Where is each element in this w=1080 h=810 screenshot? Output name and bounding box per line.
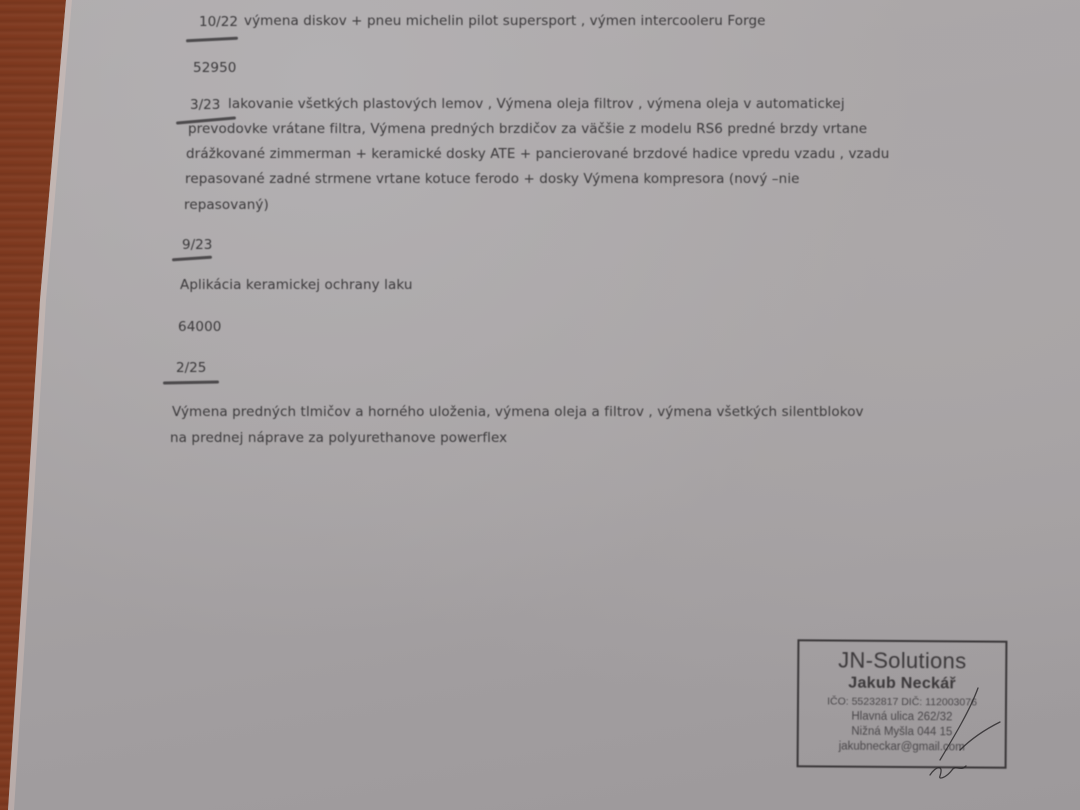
stamp-tax-ids: IČO: 55232817 DIČ: 112003076	[799, 694, 1005, 710]
entry-mileage: 52950	[193, 60, 236, 76]
stamp-address-street: Hlavná ulica 262/32	[799, 709, 1005, 725]
entry-description: repasovaný)	[184, 197, 269, 213]
entry-date: 3/23	[190, 97, 220, 113]
entry-description: repasované zadné strmene vrtane kotuce f…	[185, 171, 800, 187]
date-underline	[186, 37, 238, 43]
entry-description: prevodovke vrátane filtra, Výmena predný…	[188, 121, 867, 137]
stamp-person-name: Jakub Neckář	[799, 674, 1005, 693]
entry-date: 10/22	[199, 14, 238, 30]
company-stamp: JN-Solutions Jakub Neckář IČO: 55232817 …	[797, 639, 1008, 768]
entry-description: lakovanie všetkých plastových lemov , Vý…	[228, 96, 845, 112]
date-underline	[172, 256, 212, 262]
stamp-email: jakubneckar@gmail.com	[799, 739, 1005, 755]
entry-description: Výmena predných tlmičov a horného uložen…	[172, 404, 864, 420]
stamp-address-city: Nižná Myšla 044 15	[799, 724, 1005, 740]
date-underline	[163, 381, 219, 385]
entry-description: na prednej náprave za polyurethanove pow…	[170, 430, 507, 446]
entry-description: Aplikácia keramickej ochrany laku	[180, 277, 413, 293]
entry-description: drážkované zimmerman + keramické dosky A…	[186, 146, 889, 162]
entry-date: 2/25	[176, 360, 206, 376]
entry-description: výmena diskov + pneu michelin pilot supe…	[244, 13, 766, 29]
stamp-company-name: JN-Solutions	[799, 647, 1005, 674]
entry-date: 9/23	[182, 237, 212, 253]
entry-mileage: 64000	[178, 319, 221, 335]
